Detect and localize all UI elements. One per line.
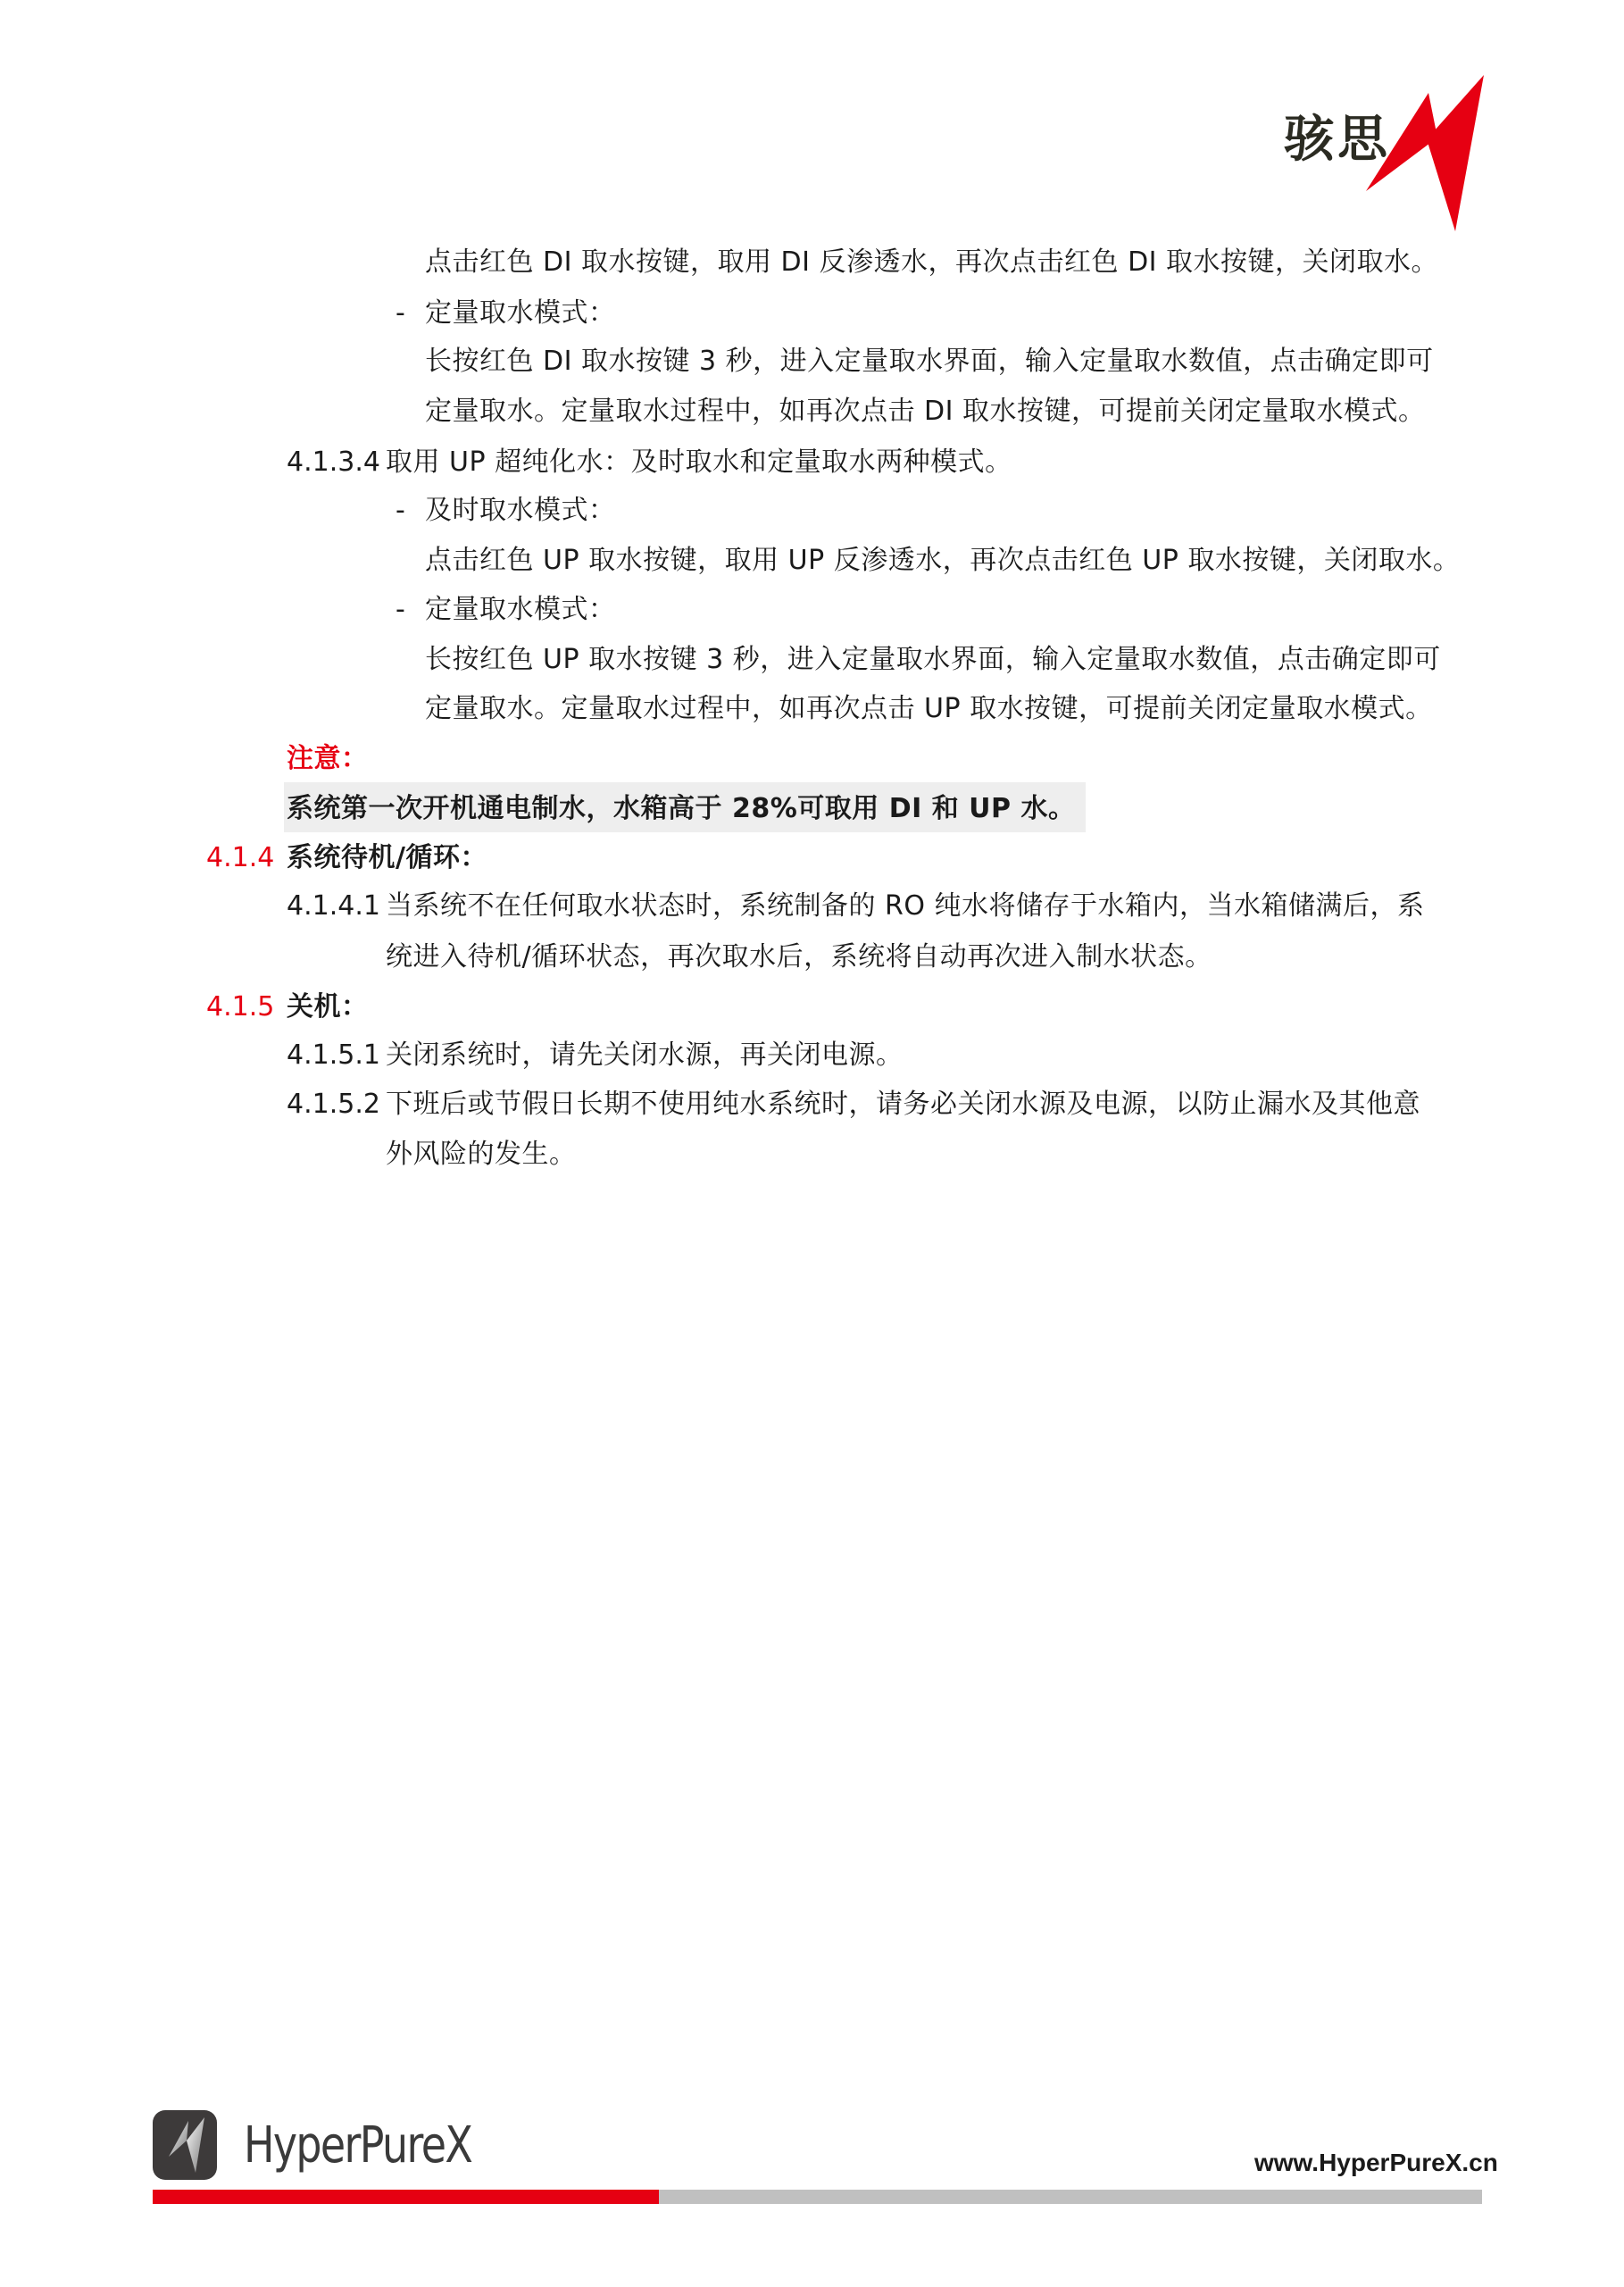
section-text: 取用 UP 超纯化水：及时取水和定量取水两种模式。 <box>386 445 1012 480</box>
list-dash: - <box>396 592 405 628</box>
paragraph-line: 当系统不在任何取水状态时，系统制备的 RO 纯水将储存于水箱内，当水箱储满后，系 <box>386 889 1425 924</box>
paragraph-line: 长按红色 UP 取水按键 3 秒，进入定量取水界面，输入定量取水数值，点击确定即… <box>425 642 1441 678</box>
list-dash: - <box>396 296 405 331</box>
footer-brand-name: HyperPureX <box>244 2116 471 2174</box>
paragraph-line: 定量取水。定量取水过程中，如再次点击 UP 取水按键，可提前关闭定量取水模式。 <box>425 691 1433 727</box>
list-item-heading: 定量取水模式： <box>425 296 616 331</box>
footer-bar-red <box>153 2190 659 2204</box>
footer-logo-icon <box>153 2110 217 2180</box>
note-text: 系统第一次开机通电制水，水箱高于 28%可取用 DI 和 UP 水。 <box>287 791 1075 827</box>
paragraph-line: 点击红色 UP 取水按键，取用 UP 反渗透水，再次点击红色 UP 取水按键，关… <box>425 543 1460 579</box>
paragraph-line: 点击红色 DI 取水按键，取用 DI 反渗透水，再次点击红色 DI 取水按键，关… <box>425 245 1438 280</box>
paragraph-line: 外风险的发生。 <box>386 1137 577 1173</box>
paragraph-line: 长按红色 DI 取水按键 3 秒，进入定量取水界面，输入定量取水数值，点击确定即… <box>425 344 1434 380</box>
footer-url: www.HyperPureX.cn <box>1254 2149 1498 2177</box>
list-item-heading: 定量取水模式： <box>425 592 616 628</box>
paragraph-line: 下班后或节假日长期不使用纯水系统时，请务必关闭水源及电源，以防止漏水及其他意 <box>386 1087 1420 1123</box>
section-title: 关机： <box>287 989 369 1025</box>
list-item-heading: 及时取水模式： <box>425 493 616 529</box>
section-number: 4.1.3.4 <box>287 445 380 480</box>
section-number: 4.1.5.2 <box>287 1087 380 1123</box>
paragraph-line: 关闭系统时，请先关闭水源，再关闭电源。 <box>386 1038 904 1073</box>
lightning-logo-icon <box>1366 75 1491 236</box>
section-number: 4.1.4.1 <box>287 889 380 924</box>
section-number: 4.1.4 <box>206 840 274 876</box>
section-number: 4.1.5.1 <box>287 1038 380 1073</box>
section-title: 系统待机/循环： <box>287 840 487 876</box>
paragraph-line: 统进入待机/循环状态，再次取水后，系统将自动再次进入制水状态。 <box>386 939 1212 975</box>
section-number: 4.1.5 <box>206 989 274 1025</box>
paragraph-line: 定量取水。定量取水过程中，如再次点击 DI 取水按键，可提前关闭定量取水模式。 <box>425 394 1426 430</box>
note-label: 注意： <box>287 741 369 777</box>
footer-bar-gray <box>659 2190 1482 2204</box>
list-dash: - <box>396 493 405 529</box>
